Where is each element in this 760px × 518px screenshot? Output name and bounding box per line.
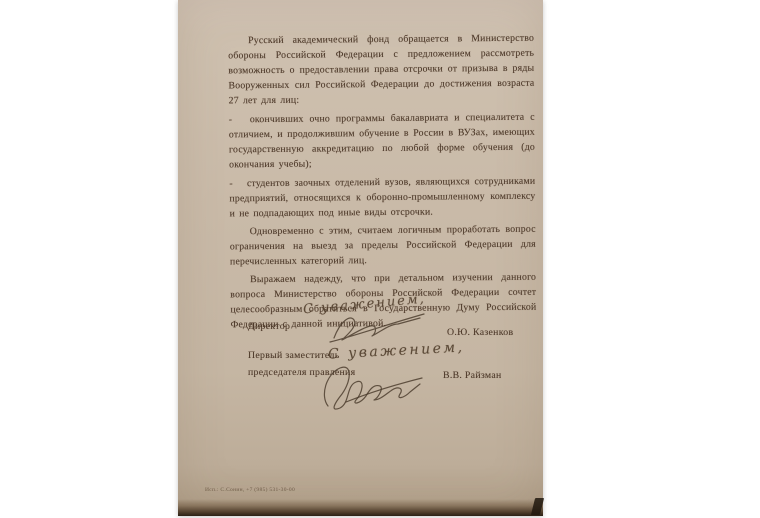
paragraph-travel-restriction: Одновременно с этим, считаем логичным пр… xyxy=(230,222,536,270)
paragraph-intro: Русский академический фонд обращается в … xyxy=(228,31,535,109)
photo-bottom-shadow xyxy=(178,499,543,516)
list-item-full-time-graduates: - окончивших очно программы бакалавриата… xyxy=(229,110,536,173)
letter-photo: Русский академический фонд обращается в … xyxy=(178,0,543,516)
signature-scribble-raizman xyxy=(316,356,426,414)
signature-scribble-kazenkov xyxy=(326,310,426,344)
list-item-part-time-students: - студентов заочных отделений вузов, явл… xyxy=(229,174,535,222)
signer-name-raizman: В.В. Райзман xyxy=(443,370,502,381)
letter-body: Русский академический фонд обращается в … xyxy=(228,31,537,336)
signer-role-director: Директор xyxy=(248,321,290,332)
signer-name-kazenkov: О.Ю. Казенков xyxy=(447,327,513,338)
executor-contact: Исп.: С.Сонин, +7 (985) 531-30-00 xyxy=(205,487,295,493)
